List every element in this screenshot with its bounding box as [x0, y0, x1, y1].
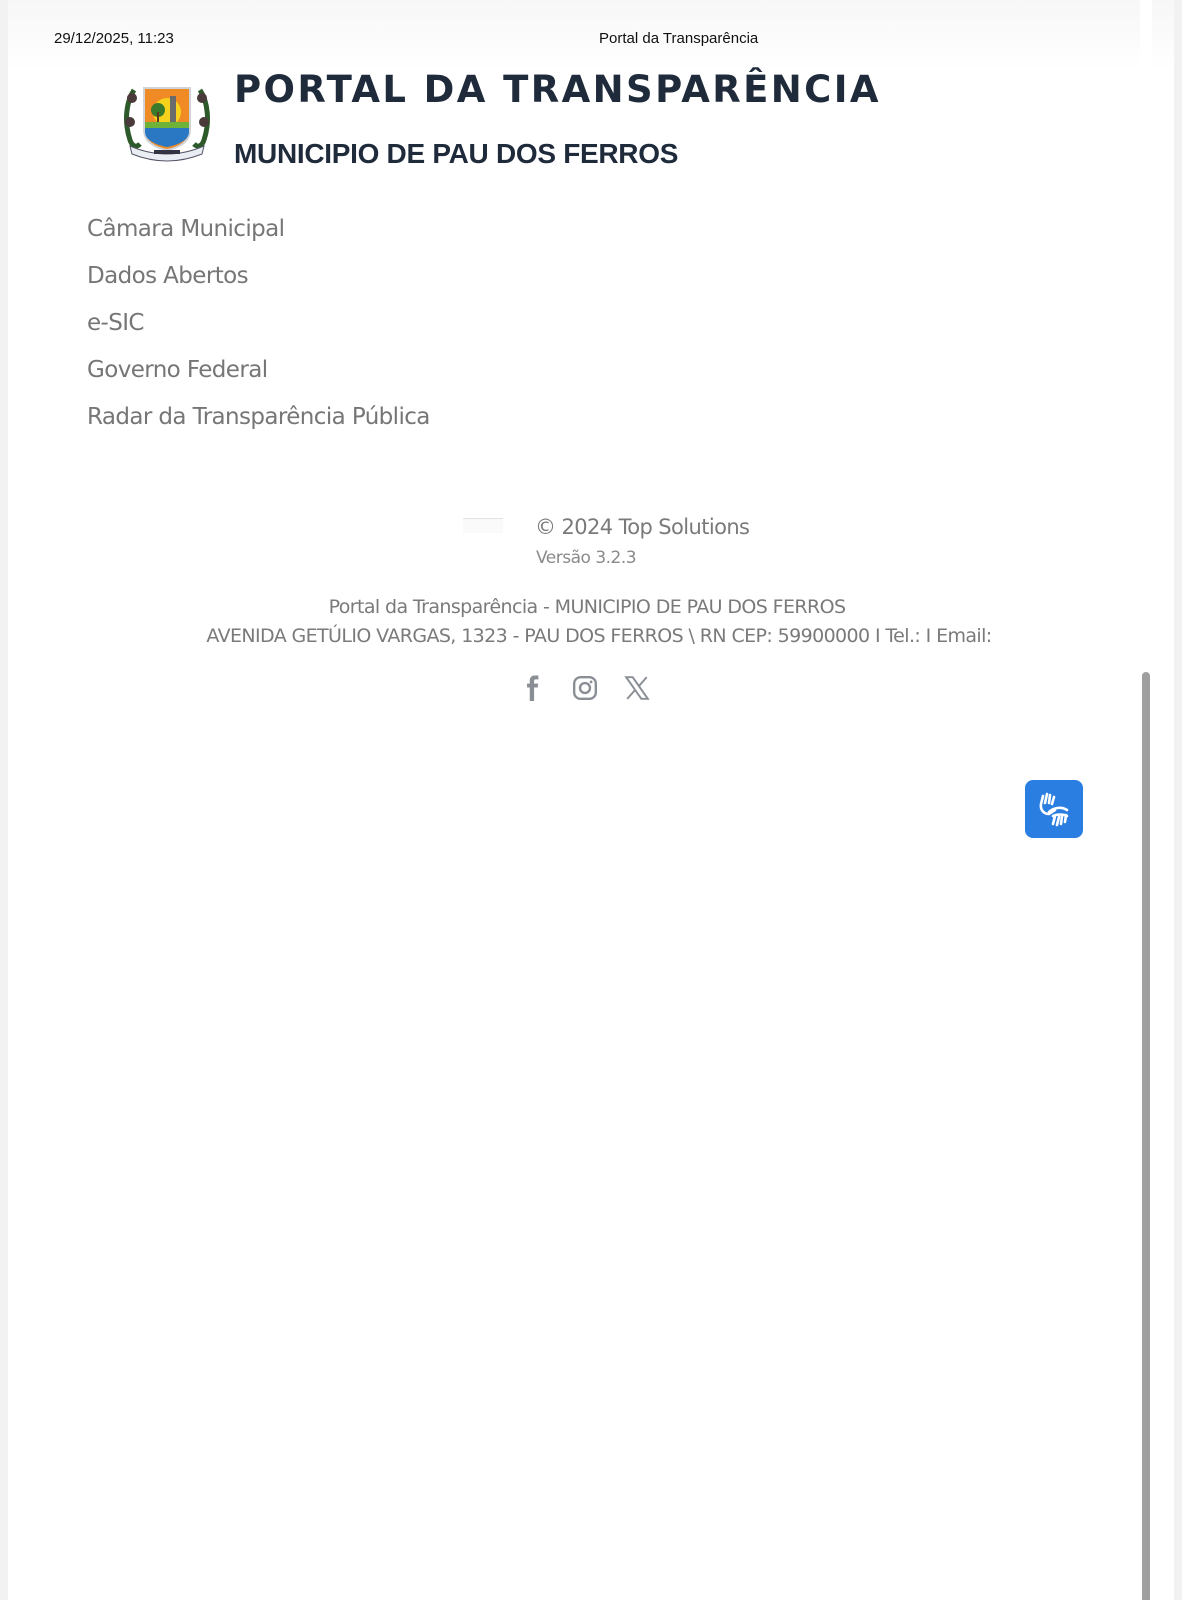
version-text: Versão 3.2.3: [536, 548, 636, 568]
coat-of-arms-logo-icon[interactable]: [120, 82, 214, 162]
footer-address-line: AVENIDA GETÚLIO VARGAS, 1323 - PAU DOS F…: [16, 625, 1182, 647]
footer-links-list: Câmara Municipal Dados Abertos e-SIC Gov…: [87, 216, 430, 451]
page: 29/12/2025, 11:23 Portal da Transparênci…: [8, 0, 1174, 1600]
copyright-text: © 2024 Top Solutions: [535, 515, 749, 539]
link-dados-abertos[interactable]: Dados Abertos: [87, 263, 430, 310]
link-e-sic[interactable]: e-SIC: [87, 310, 430, 357]
scrollbar-thumb[interactable]: [1142, 672, 1150, 1600]
print-header: 29/12/2025, 11:23 Portal da Transparênci…: [8, 0, 1174, 70]
link-camara-municipal[interactable]: Câmara Municipal: [87, 216, 430, 263]
developer-logo[interactable]: [463, 518, 503, 533]
link-governo-federal[interactable]: Governo Federal: [87, 357, 430, 404]
footer-portal-line: Portal da Transparência - MUNICIPIO DE P…: [4, 596, 1170, 618]
sign-language-hands-icon: [1035, 790, 1073, 828]
instagram-icon[interactable]: [572, 675, 598, 701]
municipality-title: MUNICIPIO DE PAU DOS FERROS: [234, 138, 678, 170]
print-datetime: 29/12/2025, 11:23: [54, 30, 174, 47]
print-page-title: Portal da Transparência: [599, 30, 758, 47]
vlibras-accessibility-button[interactable]: [1025, 780, 1083, 838]
portal-title: PORTAL DA TRANSPARÊNCIA: [234, 68, 881, 111]
x-twitter-icon[interactable]: [624, 675, 650, 701]
link-radar-transparencia[interactable]: Radar da Transparência Pública: [87, 404, 430, 451]
social-links: [520, 675, 650, 701]
facebook-icon[interactable]: [520, 675, 546, 701]
